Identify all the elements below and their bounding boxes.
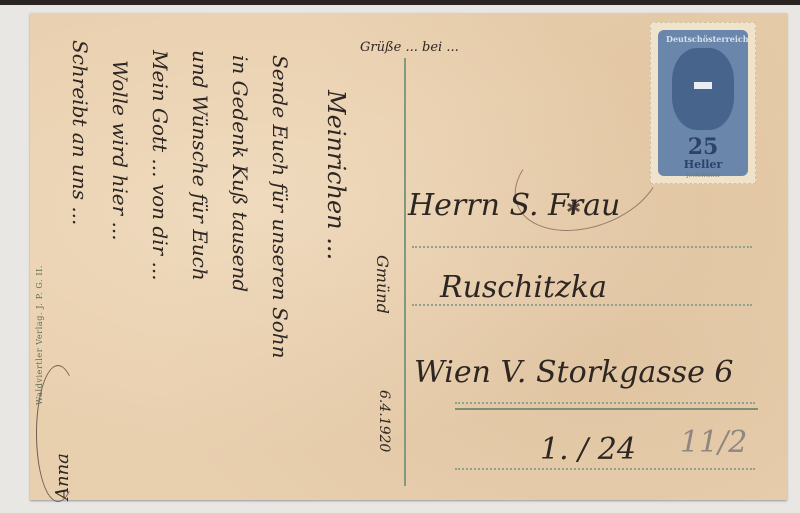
message-line-3: und Wünsche für Euch bbox=[188, 50, 212, 281]
postage-stamp: Deutschösterreich 25 Heller JUNGWIRTH bbox=[650, 22, 756, 184]
shield-icon bbox=[694, 82, 712, 89]
signature: Anna bbox=[52, 453, 73, 500]
address-rule-3-dotted bbox=[455, 402, 755, 404]
address-line-2: Ruschitzka bbox=[440, 270, 607, 305]
message-line-6: Schreibt an uns ... bbox=[68, 40, 92, 225]
message-line-1: Sende Euch für unseren Sohn bbox=[268, 55, 292, 359]
message-date: 6.4.1920 bbox=[376, 390, 392, 452]
address-rule-4 bbox=[455, 468, 755, 470]
pencil-note: 11/2 bbox=[680, 425, 747, 460]
message-line-4: Mein Gott ... von dir ... bbox=[148, 50, 172, 281]
message-line-0: Meinrichen ... bbox=[322, 90, 350, 260]
publisher-imprint-text: Waldviertler Verlag. J. P. G. II. bbox=[35, 265, 44, 405]
address-rule-1 bbox=[412, 246, 752, 248]
message-line-5: Wolle wird hier ... bbox=[108, 60, 132, 241]
top-margin-note: Grüße ... bei ... bbox=[360, 40, 459, 55]
center-divider bbox=[404, 58, 406, 486]
stamp-printer: JUNGWIRTH bbox=[651, 173, 755, 179]
address-rule-2 bbox=[412, 304, 752, 306]
stamp-value: 25 bbox=[658, 134, 748, 160]
scan-top-edge bbox=[0, 0, 800, 5]
address-rule-3-solid bbox=[455, 408, 758, 410]
address-line-4: 1. / 24 bbox=[540, 432, 636, 467]
address-line-1: Herrn S. Frau bbox=[408, 188, 620, 223]
stamp-design: Deutschösterreich 25 Heller bbox=[658, 30, 748, 176]
stamp-country: Deutschösterreich bbox=[666, 34, 740, 46]
message-line-2: in Gedenk Kuß tausend bbox=[228, 55, 252, 292]
stamp-unit: Heller bbox=[658, 158, 748, 171]
eagle-icon bbox=[672, 48, 734, 130]
message-place: Gmünd bbox=[373, 255, 392, 314]
address-line-3: Wien V. Storkgasse 6 bbox=[414, 355, 733, 390]
